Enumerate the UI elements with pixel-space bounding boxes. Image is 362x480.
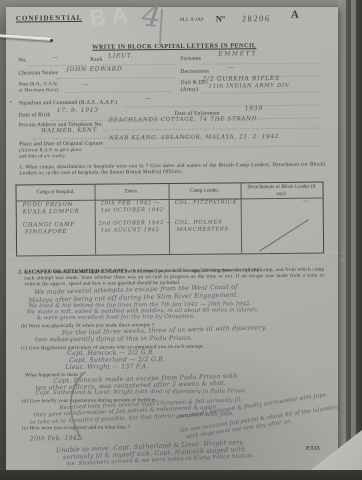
table-row-dates: 20th FEB. 1942 —: [101, 201, 160, 207]
table-row-dates: 1st OCTOBER 1942: [101, 208, 164, 214]
camps-table: Camp or Hospital. Dates. Camp Leader. De…: [15, 182, 324, 257]
margin-mark: a: [341, 250, 343, 255]
table-header-block-leader: Detachments or Block Leader (if any).: [244, 184, 318, 198]
scanned-document: a b CONFIDENTIAL BA 4 M.I. 9/JAP Nº 2820…: [0, 0, 362, 480]
capture-sublabel: and date of a/c crash).: [19, 154, 66, 160]
decorations-value: —: [228, 65, 235, 72]
pencil-arc: [63, 370, 90, 442]
table-column-divider: [240, 183, 242, 253]
table-row-camp: SINGAPORE: [25, 230, 67, 236]
dotted-rule: [201, 91, 321, 94]
dotted-rule: [56, 76, 174, 79]
rank-value: LIEUT.: [108, 53, 133, 59]
dotted-rule: [202, 62, 320, 65]
date-of-birth-label: Date of Birth: [19, 112, 51, 119]
pencil-slash: [259, 219, 308, 251]
decorations-label: Decorations: [180, 69, 209, 76]
handwritten-answer: & were given excellent food for the trip…: [37, 315, 196, 322]
stamp-letter: A: [291, 9, 299, 22]
no-value: —: [52, 55, 59, 62]
table-row-dates: 1st AUGUST 1945: [101, 228, 160, 234]
handwritten-answer: two subsequently dying of this in Pudu P…: [35, 336, 193, 344]
table-row-block-leader: —: [303, 199, 310, 206]
ship-label: or Merchant Navy): [19, 88, 59, 94]
dotted-rule: [125, 104, 321, 108]
table-row-dates: 2nd OCTOBER 1942 —: [99, 221, 172, 227]
margin-bullet: ▪: [10, 101, 12, 107]
address-value: WALMER, KENT: [41, 129, 97, 135]
squadron-value: —: [145, 96, 152, 103]
dotted-rule: [67, 90, 172, 93]
table-header-leader: Camp Leader.: [169, 187, 241, 194]
surname-value: EMMETT: [218, 51, 257, 57]
question-1-text: 1. What camps, detachments or hospitals …: [19, 162, 325, 177]
table-row-camp: CHANGI CAMP: [23, 223, 75, 229]
table-header-camp: Camp or Hospital.: [17, 189, 95, 196]
form-sheet: CONFIDENTIAL BA 4 M.I. 9/JAP Nº 28206 A …: [6, 7, 338, 472]
ship-value: —: [82, 82, 89, 89]
faint-rubber-stamp: BA: [89, 2, 135, 32]
unit-div-value: 11th INDIAN ARMY DIV.: [209, 84, 291, 90]
confidential-stamp: CONFIDENTIAL: [16, 14, 83, 23]
date-of-birth-value: 17. 9. 1913: [57, 108, 99, 114]
pin-hole: [50, 39, 53, 42]
christian-names-value: JOHN EDWARD: [66, 66, 122, 73]
no-label: No.: [18, 57, 27, 64]
table-row-leader: COL. FITZPATRICK: [175, 200, 238, 206]
dotted-rule: [105, 145, 321, 149]
enlistment-value: 1939: [245, 106, 263, 112]
address-value: BEACHLANDS COTTAGE, 74 THE STRAND,: [109, 117, 259, 124]
rank-label: Rank: [90, 57, 102, 64]
margin-mark: b: [341, 257, 343, 262]
capture-value: NEAR KLANG, SELANGOR, MALAYA, 21. 2. 194…: [109, 135, 279, 142]
form-reference: M.I. 9/JAP: [180, 18, 204, 24]
table-row-leader: COL. HOLMES: [175, 221, 223, 227]
surname-label: Surname: [180, 56, 201, 63]
number-sign: Nº: [216, 13, 225, 23]
capture-label: Place and Date of Original Capture: [19, 141, 103, 148]
table-header-dates: Dates.: [95, 188, 169, 195]
page-edge-strip: [356, 0, 362, 480]
dotted-rule: [103, 127, 321, 131]
table-row-leader: MANCHESTERS: [177, 227, 229, 233]
unit-div-value: 2/2 GURKHA RIFLES: [202, 76, 279, 83]
christian-names-label: Christian Names: [18, 70, 58, 77]
table-row-camp: KUALA LUMPUR: [23, 210, 80, 216]
serial-number: 28206: [242, 13, 271, 23]
squadron-label: Squadron and Command (R.A.F., A.A.F.): [19, 100, 118, 108]
unit-div-label: (Army): [181, 87, 199, 94]
desk-shadow: [0, 470, 362, 480]
pto-note: P.T.O.: [306, 446, 321, 452]
